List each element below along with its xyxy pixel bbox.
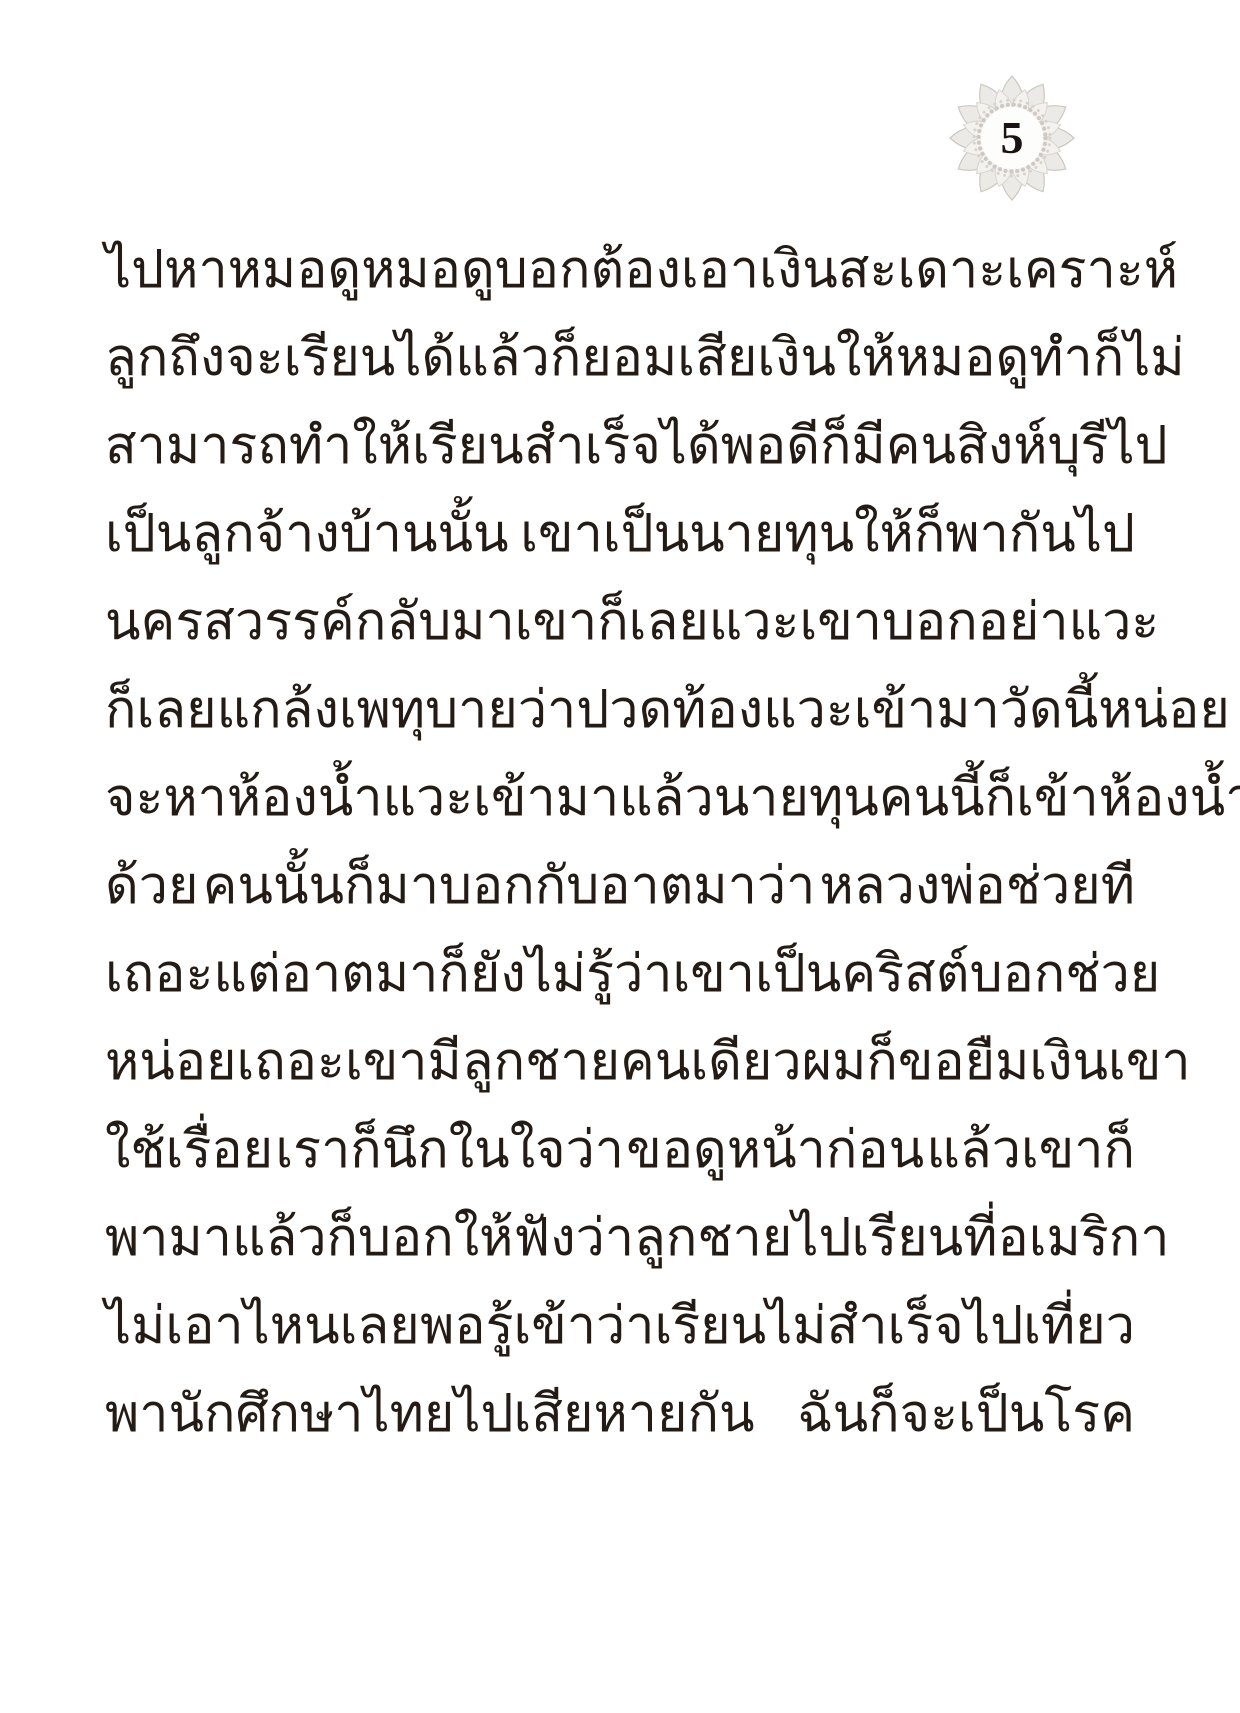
text-line: สามารถทำให้เรียนสำเร็จได้พอดีก็มีคนสิงห์… — [105, 402, 1135, 490]
text-segment: แล้วก็ยอมเสียเงินให้หมอดูทำก็ไม่ — [455, 314, 1184, 402]
text-line: ไปหาหมอดูหมอดูบอกต้องเอาเงินสะเดาะเคราะห… — [105, 226, 1135, 314]
text-segment: ก็บอกให้ฟังว่า — [327, 1194, 634, 1282]
text-segment: ไปหาหมอดู — [105, 226, 361, 314]
text-line: ด้วยคนนั้นก็มาบอกกับอาตมาว่าหลวงพ่อช่วยท… — [105, 842, 1135, 930]
text-segment: ฉันก็จะเป็นโรค — [797, 1370, 1135, 1458]
text-segment: ลูกชายไปเรียนที่อเมริกา — [634, 1194, 1169, 1282]
text-segment: พอดีก็มีคนสิงห์บุรีไป — [721, 402, 1168, 490]
text-line: จะหาห้องน้ำแวะเข้ามาแล้วนายทุนคนนี้ก็เข้… — [105, 754, 1135, 842]
text-line: ก็เลยแกล้งเพทุบายว่าปวดท้องแวะเข้ามาวัดน… — [105, 666, 1135, 754]
text-segment: แวะเข้ามาวัดนี้หน่อย — [763, 666, 1230, 754]
text-segment: ไปเที่ยว — [964, 1282, 1135, 1370]
text-segment: ใช้เรื่อย — [105, 1106, 273, 1194]
text-line: พามาแล้วก็บอกให้ฟังว่าลูกชายไปเรียนที่อเ… — [105, 1194, 1135, 1282]
text-segment: พอรู้เข้าว่าเรียนไม่สำเร็จ — [420, 1282, 964, 1370]
text-segment: ด้วย — [105, 842, 198, 930]
text-line: ใช้เรื่อยเราก็นึกในใจว่าขอดูหน้าก่อนแล้ว… — [105, 1106, 1135, 1194]
text-segment: แล้วเขาก็ — [926, 1106, 1135, 1194]
text-segment: กลับมาเขาก็เลยแวะ — [355, 578, 800, 666]
text-segment: บอกช่วย — [970, 930, 1161, 1018]
text-segment: เขาเป็นนายทุนให้ก็พากันไป — [520, 490, 1135, 578]
text-segment: พามาแล้ว — [105, 1194, 327, 1282]
text-segment: คนนั้นก็มาบอกกับอาตมาว่า — [203, 842, 816, 930]
text-segment: หมอดูบอกต้องเอาเงินสะเดาะเคราะห์ — [361, 226, 1178, 314]
text-segment: แต่อาตมาก็ยังไม่รู้ว่าเขาเป็นคริสต์ — [213, 930, 969, 1018]
page-number: 5 — [942, 68, 1082, 208]
text-segment: นายทุนคนนี้ก็เข้าห้องน้ำ — [714, 754, 1240, 842]
text-segment: เราก็นึกในใจว่า — [275, 1106, 624, 1194]
text-line: หน่อยเถอะเขามีลูกชายคนเดียวผมก็ขอยืมเงิน… — [105, 1018, 1135, 1106]
text-segment: เถอะ — [105, 930, 213, 1018]
text-line: พานักศึกษาไทยไปเสียหายกันฉันก็จะเป็นโรค — [105, 1370, 1135, 1458]
text-segment: ขอดูหน้าก่อน — [626, 1106, 924, 1194]
text-segment: เขาบอกอย่าแวะ — [799, 578, 1159, 666]
book-page: 5 ไปหาหมอดูหมอดูบอกต้องเอาเงินสะเดาะเครา… — [0, 0, 1240, 1713]
body-text: ไปหาหมอดูหมอดูบอกต้องเอาเงินสะเดาะเคราะห… — [105, 226, 1135, 1458]
text-line: ไม่เอาไหนเลยพอรู้เข้าว่าเรียนไม่สำเร็จไป… — [105, 1282, 1135, 1370]
text-line: เป็นลูกจ้างบ้านนั้นเขาเป็นนายทุนให้ก็พาก… — [105, 490, 1135, 578]
text-segment: ก็เลยแกล้งเพทุบายว่าปวดท้อง — [105, 666, 763, 754]
text-segment: พานักศึกษาไทยไปเสียหายกัน — [105, 1370, 755, 1458]
text-segment: นครสวรรค์ — [105, 578, 355, 666]
text-segment: หลวงพ่อช่วยที — [820, 842, 1135, 930]
text-segment: จะหาห้องน้ำแวะเข้ามาแล้ว — [105, 754, 714, 842]
page-number-badge: 5 — [942, 68, 1082, 208]
text-segment: สามารถทำให้เรียนสำเร็จได้ — [105, 402, 721, 490]
text-segment: ผมก็ขอยืมเงินเขา — [802, 1018, 1191, 1106]
text-segment: ไม่เอาไหนเลย — [105, 1282, 420, 1370]
text-line: เถอะแต่อาตมาก็ยังไม่รู้ว่าเขาเป็นคริสต์บ… — [105, 930, 1135, 1018]
text-segment: ลูกถึงจะเรียนได้ — [105, 314, 455, 402]
text-line: ลูกถึงจะเรียนได้แล้วก็ยอมเสียเงินให้หมอด… — [105, 314, 1135, 402]
text-line: นครสวรรค์กลับมาเขาก็เลยแวะเขาบอกอย่าแวะ — [105, 578, 1135, 666]
text-segment: หน่อยเถอะเขามีลูกชายคนเดียว — [105, 1018, 802, 1106]
text-segment: เป็นลูกจ้างบ้านนั้น — [105, 490, 509, 578]
